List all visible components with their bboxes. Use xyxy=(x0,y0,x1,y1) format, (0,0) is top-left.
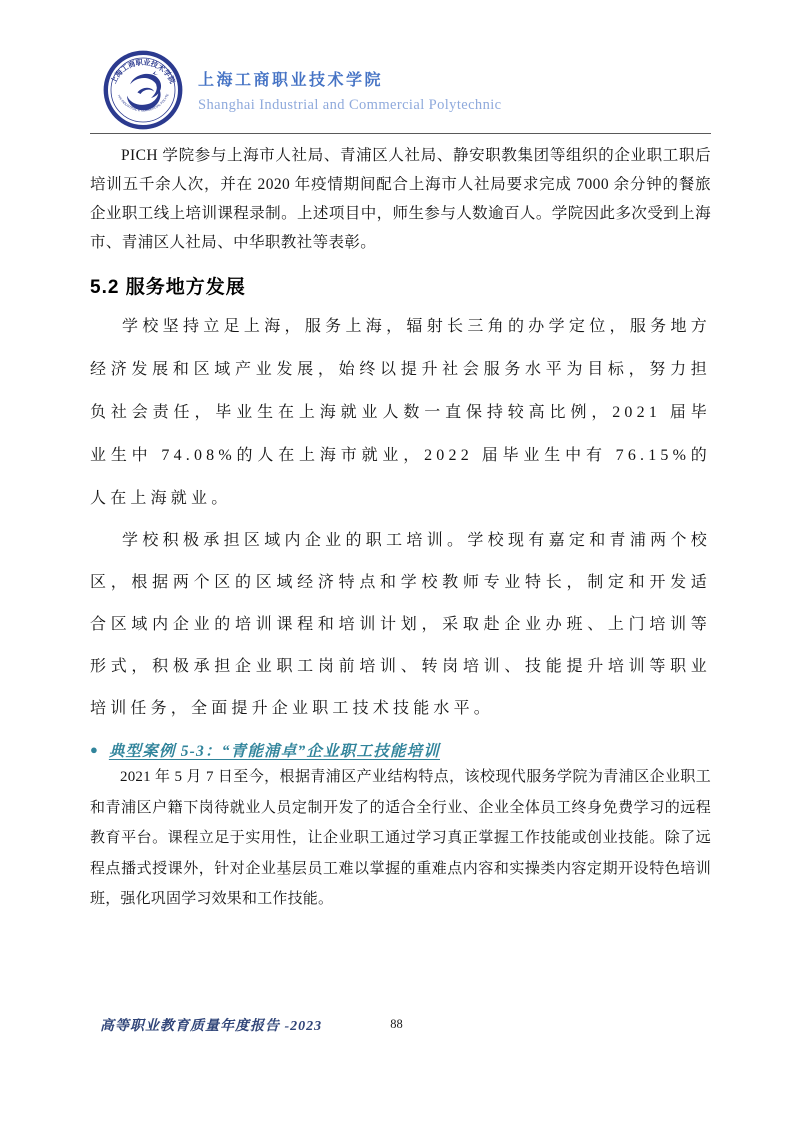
case-study-line: ● 典型案例 5-3：“青能浦卓”企业职工技能培训 xyxy=(90,738,711,762)
section-heading-5-2: 5.2 服务地方发展 xyxy=(90,272,711,299)
page-body: PICH 学院参与上海市人社局、青浦区人社局、静安职教集团等组织的企业职工职后培… xyxy=(90,141,711,915)
bullet-icon: ● xyxy=(90,738,98,762)
page-footer: 高等职业教育质量年度报告 -2023 88 xyxy=(0,1015,793,1041)
case-study-link[interactable]: 典型案例 5-3：“青能浦卓”企业职工技能培训 xyxy=(109,739,440,761)
school-title-zh: 上海工商职业技术学院 xyxy=(198,67,502,90)
logo-emblem-icon: 上海工商职业技术学院 SHANGHAI INDUSTRIAL & COMMERC… xyxy=(103,50,183,130)
paragraph-pich-training: PICH 学院参与上海市人社局、青浦区人社局、静安职教集团等组织的企业职工职后培… xyxy=(90,141,711,257)
page-number: 88 xyxy=(390,1017,403,1032)
school-titles: 上海工商职业技术学院 Shanghai Industrial and Comme… xyxy=(198,67,502,114)
report-page: 上海工商职业技术学院 SHANGHAI INDUSTRIAL & COMMERC… xyxy=(0,0,793,1122)
paragraph-local-positioning: 学校坚持立足上海，服务上海，辐射长三角的办学定位，服务地方经济发展和区域产业发展… xyxy=(90,305,711,520)
paragraph-case-study: 2021 年 5 月 7 日至今，根据青浦区产业结构特点，该校现代服务学院为青浦… xyxy=(90,762,711,915)
header-divider xyxy=(90,133,711,134)
school-title-en: Shanghai Industrial and Commercial Polyt… xyxy=(198,97,502,114)
report-title: 高等职业教育质量年度报告 -2023 xyxy=(100,1015,322,1035)
paragraph-enterprise-training: 学校积极承担区域内企业的职工培训。学校现有嘉定和青浦两个校区，根据两个区的区域经… xyxy=(90,520,711,730)
school-logo: 上海工商职业技术学院 SHANGHAI INDUSTRIAL & COMMERC… xyxy=(103,50,183,130)
page-header: 上海工商职业技术学院 SHANGHAI INDUSTRIAL & COMMERC… xyxy=(103,50,502,130)
